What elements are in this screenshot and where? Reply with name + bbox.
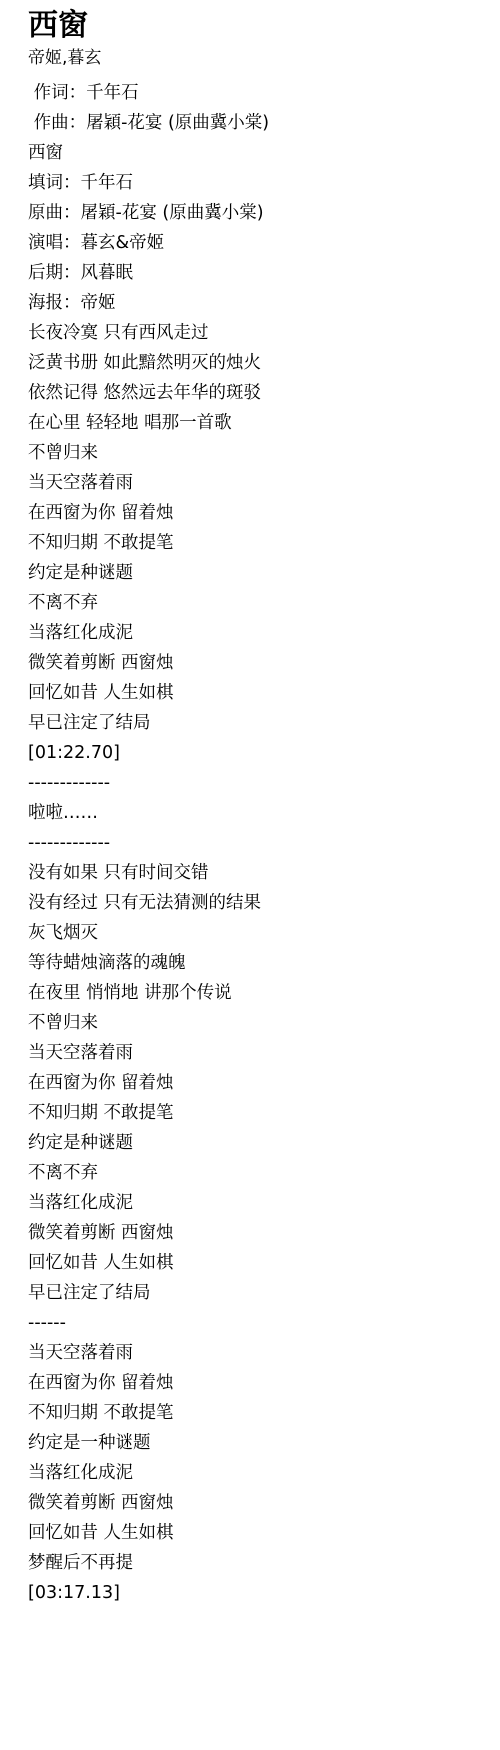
lyric-line: 回忆如昔 人生如棋 [28, 1248, 490, 1278]
lyric-line: 作曲：屠穎-花宴 (原曲冀小棠) [28, 108, 490, 138]
lyric-line: 当落红化成泥 [28, 1458, 490, 1488]
lyric-line: 早已注定了结局 [28, 708, 490, 738]
lyric-line: 没有经过 只有无法猜测的结果 [28, 888, 490, 918]
lyric-line: [03:17.13] [28, 1578, 490, 1608]
lyric-line: 长夜冷寞 只有西风走过 [28, 318, 490, 348]
lyric-line: 不知归期 不敢提笔 [28, 1398, 490, 1428]
lyric-line: 不离不弃 [28, 588, 490, 618]
lyric-line: 当落红化成泥 [28, 1188, 490, 1218]
lyrics-page: 西窗 帝姬,暮玄 作词：千年石 作曲：屠穎-花宴 (原曲冀小棠)西窗填词：千年石… [0, 0, 500, 1750]
lyric-line: 西窗 [28, 138, 490, 168]
lyric-line: 当落红化成泥 [28, 618, 490, 648]
lyric-line: 在夜里 悄悄地 讲那个传说 [28, 978, 490, 1008]
lyric-line: 不知归期 不敢提笔 [28, 1098, 490, 1128]
lyric-line: 早已注定了结局 [28, 1278, 490, 1308]
lyric-line: 在西窗为你 留着烛 [28, 1068, 490, 1098]
lyric-line: ------------- [28, 828, 490, 858]
lyric-line: 在心里 轻轻地 唱那一首歌 [28, 408, 490, 438]
lyric-line: ------------- [28, 768, 490, 798]
lyric-line: 约定是一种谜题 [28, 1428, 490, 1458]
lyric-line: 微笑着剪断 西窗烛 [28, 1488, 490, 1518]
lyric-line: 泛黄书册 如此黯然明灭的烛火 [28, 348, 490, 378]
lyric-line: 填词：千年石 [28, 168, 490, 198]
lyric-line: 啦啦…… [28, 798, 490, 828]
lyric-line: 微笑着剪断 西窗烛 [28, 648, 490, 678]
lyrics-block: 作词：千年石 作曲：屠穎-花宴 (原曲冀小棠)西窗填词：千年石原曲：屠穎-花宴 … [28, 78, 490, 1608]
lyric-line: 当天空落着雨 [28, 1338, 490, 1368]
page-title: 西窗 [28, 6, 490, 46]
lyric-line: 梦醒后不再提 [28, 1548, 490, 1578]
lyric-line: 不曾归来 [28, 438, 490, 468]
lyric-line: 不曾归来 [28, 1008, 490, 1038]
lyric-line: 海报：帝姬 [28, 288, 490, 318]
lyric-line: 约定是种谜题 [28, 558, 490, 588]
lyric-line: 不离不弃 [28, 1158, 490, 1188]
lyric-line: 不知归期 不敢提笔 [28, 528, 490, 558]
lyric-line: 作词：千年石 [28, 78, 490, 108]
lyric-line: 回忆如昔 人生如棋 [28, 1518, 490, 1548]
lyric-line: 约定是种谜题 [28, 1128, 490, 1158]
lyric-line: 演唱：暮玄&帝姬 [28, 228, 490, 258]
lyric-line: 在西窗为你 留着烛 [28, 498, 490, 528]
lyric-line: 当天空落着雨 [28, 1038, 490, 1068]
lyric-line: 灰飞烟灭 [28, 918, 490, 948]
lyric-line: 没有如果 只有时间交错 [28, 858, 490, 888]
lyric-line: 在西窗为你 留着烛 [28, 1368, 490, 1398]
lyric-line: ------ [28, 1308, 490, 1338]
lyric-line: 依然记得 悠然远去年华的斑驳 [28, 378, 490, 408]
lyric-line: 等待蜡烛滴落的魂魄 [28, 948, 490, 978]
lyric-line: 原曲：屠穎-花宴 (原曲冀小棠) [28, 198, 490, 228]
artist-names: 帝姬,暮玄 [28, 46, 490, 70]
lyric-line: 当天空落着雨 [28, 468, 490, 498]
lyric-line: 后期：风暮眠 [28, 258, 490, 288]
lyric-line: 回忆如昔 人生如棋 [28, 678, 490, 708]
lyric-line: [01:22.70] [28, 738, 490, 768]
lyric-line: 微笑着剪断 西窗烛 [28, 1218, 490, 1248]
